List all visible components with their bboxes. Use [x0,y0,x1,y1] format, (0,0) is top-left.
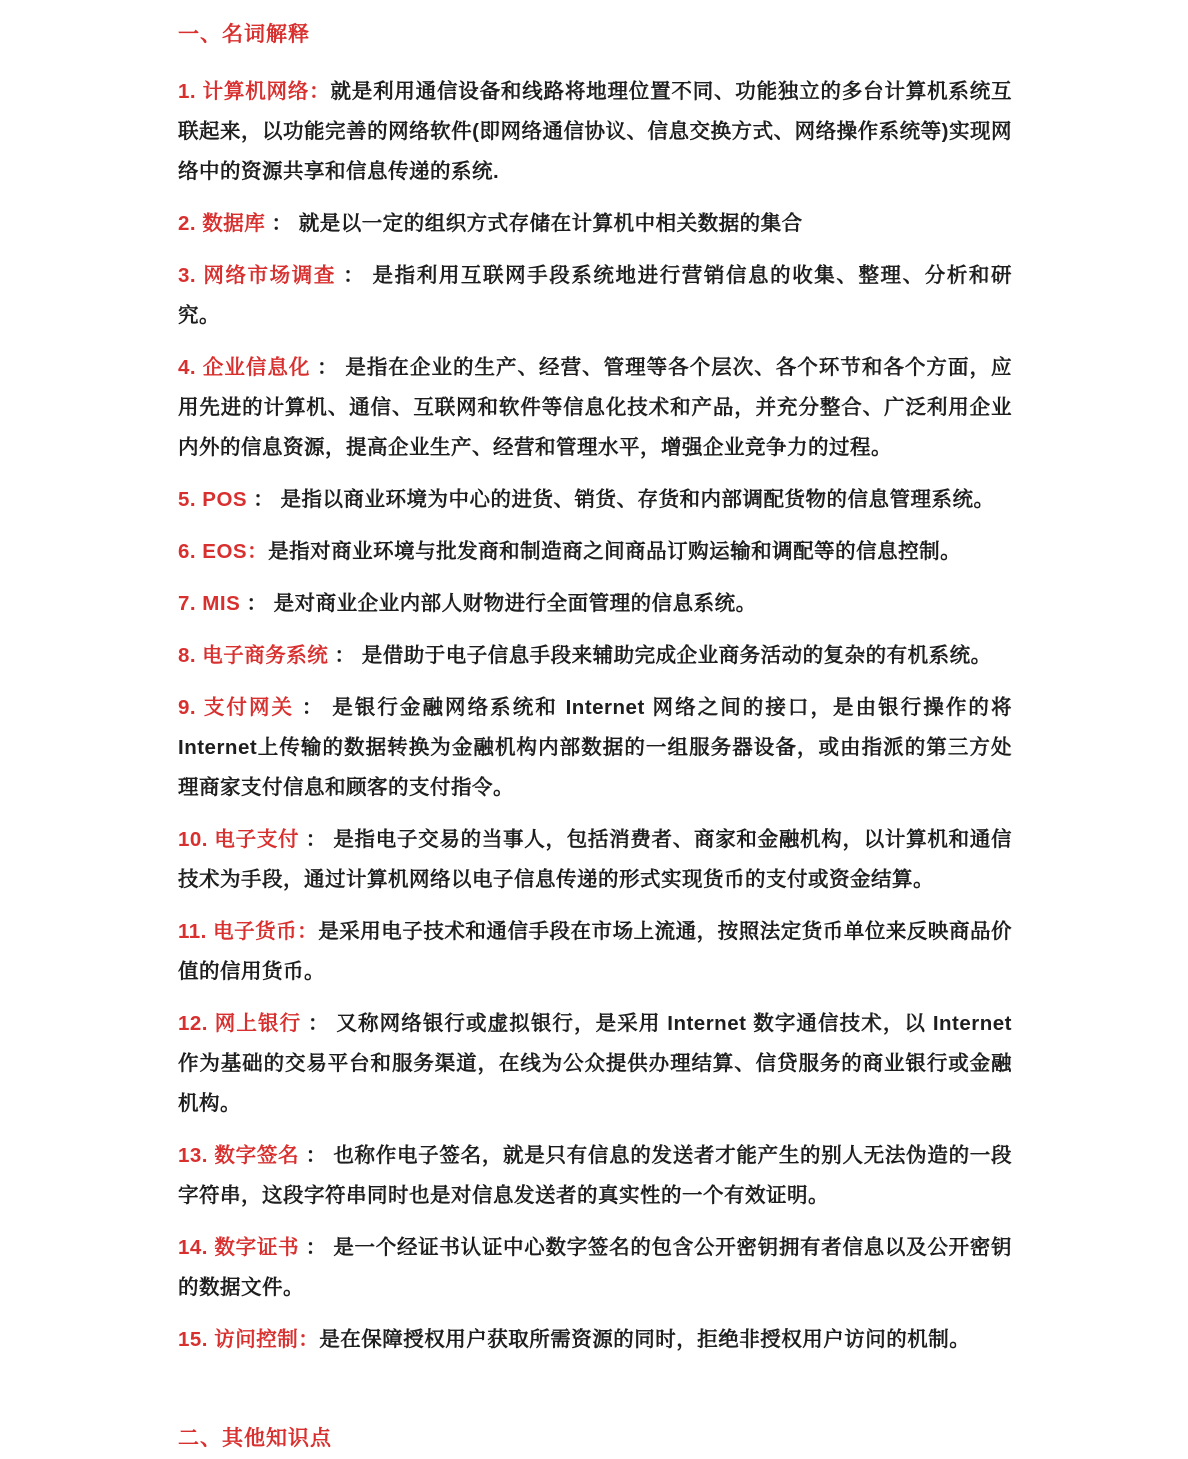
definition-body: ： 是对商业企业内部人财物进行全面管理的信息系统。 [240,592,756,615]
definition-item: 13. 数字签名 ： 也称作电子签名，就是只有信息的发送者才能产生的别人无法伪造… [178,1136,1012,1216]
definition-term: 2. 数据库 [178,212,265,235]
definition-body: ： 是一个经证书认证中心数字签名的包含公开密钥拥有者信息以及公开密钥的数据文件。 [178,1236,1012,1299]
definition-item: 9. 支付网关 ： 是银行金融网络系统和 Internet 网络之间的接口，是由… [178,688,1012,808]
definition-item: 14. 数字证书 ： 是一个经证书认证中心数字签名的包含公开密钥拥有者信息以及公… [178,1228,1012,1308]
definition-item: 3. 网络市场调查 ： 是指利用互联网手段系统地进行营销信息的收集、整理、分析和… [178,256,1012,336]
definition-term: 7. MIS [178,592,240,615]
definition-term: 4. 企业信息化 [178,356,310,379]
definition-item: 10. 电子支付 ： 是指电子交易的当事人，包括消费者、商家和金融机构，以计算机… [178,820,1012,900]
definition-term: 12. 网上银行 [178,1012,301,1035]
definition-term: 10. 电子支付 [178,828,299,851]
definition-term: 3. 网络市场调查 [178,264,336,287]
definition-term: 9. 支付网关 [178,696,294,719]
definition-item: 8. 电子商务系统 ： 是借助于电子信息手段来辅助完成企业商务活动的复杂的有机系… [178,636,1012,676]
definition-item: 6. EOS：是指对商业环境与批发商和制造商之间商品订购运输和调配等的信息控制。 [178,532,1012,572]
definition-term: 8. 电子商务系统 [178,644,328,667]
definition-body: ： 也称作电子签名，就是只有信息的发送者才能产生的别人无法伪造的一段字符串，这段… [178,1144,1012,1207]
definition-body: ： 就是以一定的组织方式存储在计算机中相关数据的集合 [265,212,802,235]
definition-item: 15. 访问控制：是在保障授权用户获取所需资源的同时，拒绝非授权用户访问的机制。 [178,1320,1012,1360]
definition-item: 7. MIS ： 是对商业企业内部人财物进行全面管理的信息系统。 [178,584,1012,624]
definition-item: 12. 网上银行 ： 又称网络银行或虚拟银行，是采用 Internet 数字通信… [178,1004,1012,1124]
definition-term: 6. EOS： [178,540,268,563]
definition-term: 5. POS [178,488,247,511]
definition-item: 5. POS ： 是指以商业环境为中心的进货、销货、存货和内部调配货物的信息管理… [178,480,1012,520]
definition-term: 11. 电子货币： [178,920,318,943]
definition-item: 1. 计算机网络：就是利用通信设备和线路将地理位置不同、功能独立的多台计算机系统… [178,72,1012,192]
section-heading-other: 二、其他知识点 [178,1424,1012,1454]
definition-body: ： 是银行金融网络系统和 Internet 网络之间的接口，是由银行操作的将In… [178,696,1012,799]
definition-body: ： 是指电子交易的当事人，包括消费者、商家和金融机构，以计算机和通信技术为手段，… [178,828,1012,891]
definition-body: ： 是借助于电子信息手段来辅助完成企业商务活动的复杂的有机系统。 [328,644,991,667]
definition-item: 4. 企业信息化 ： 是指在企业的生产、经营、管理等各个层次、各个环节和各个方面… [178,348,1012,468]
definition-term: 1. 计算机网络： [178,80,330,103]
definition-item: 11. 电子货币：是采用电子技术和通信手段在市场上流通，按照法定货币单位来反映商… [178,912,1012,992]
document-page: 一、名词解释 1. 计算机网络：就是利用通信设备和线路将地理位置不同、功能独立的… [0,0,1188,1459]
section-heading-terms: 一、名词解释 [178,20,1012,50]
definition-body: 是在保障授权用户获取所需资源的同时，拒绝非授权用户访问的机制。 [319,1328,970,1351]
definition-body: ： 又称网络银行或虚拟银行，是采用 Internet 数字通信技术，以 Inte… [178,1012,1012,1115]
definition-term: 13. 数字签名 [178,1144,299,1167]
definition-item: 2. 数据库 ： 就是以一定的组织方式存储在计算机中相关数据的集合 [178,204,1012,244]
definition-term: 14. 数字证书 [178,1236,299,1259]
definition-term: 15. 访问控制： [178,1328,319,1351]
definition-body: ： 是指以商业环境为中心的进货、销货、存货和内部调配货物的信息管理系统。 [247,488,994,511]
definition-body: 是指对商业环境与批发商和制造商之间商品订购运输和调配等的信息控制。 [268,540,961,563]
